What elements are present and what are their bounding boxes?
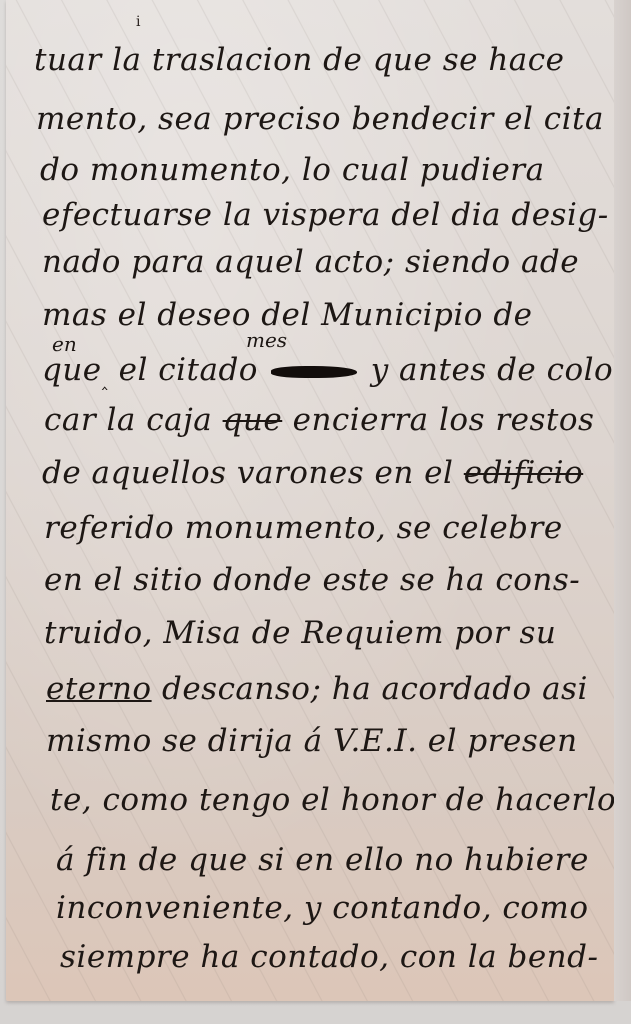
underlying-page-edge bbox=[614, 0, 631, 1001]
text-line-1: tuar la traslacion de que se hace bbox=[34, 45, 564, 76]
text-line-6: mas el deseo del Municipio de bbox=[42, 300, 533, 331]
text-line-8: car la caja que encierra los restos bbox=[44, 405, 594, 436]
line8-start: car la caja bbox=[44, 402, 212, 438]
line9-start: de aquellos varones en el bbox=[42, 455, 453, 491]
line8-end: encierra los restos bbox=[293, 402, 595, 438]
text-line-3: do monumento, lo cual pudiera bbox=[40, 155, 545, 186]
line7-before: que bbox=[42, 352, 102, 388]
text-line-4: efectuarse la vispera del dia desig- bbox=[42, 200, 609, 231]
line7-middle: el citado bbox=[119, 352, 258, 388]
manuscript-page: i tuar la traslacion de que se hace ment… bbox=[6, 0, 614, 1001]
text-line-17: inconveniente, y contando, como bbox=[56, 893, 589, 924]
text-line-2: mento, sea preciso bendecir el cita bbox=[36, 104, 604, 135]
text-line-9: de aquellos varones en el edificio bbox=[42, 458, 583, 489]
caret-mark: ‸ bbox=[102, 370, 109, 391]
text-line-14: mismo se dirija á V.E.I. el presen bbox=[46, 726, 578, 757]
photo-scene: i tuar la traslacion de que se hace ment… bbox=[0, 0, 631, 1024]
top-ink-mark: i bbox=[136, 14, 140, 30]
text-line-10: referido monumento, se celebre bbox=[44, 513, 563, 544]
text-line-12: truido, Misa de Requiem por su bbox=[44, 618, 556, 649]
text-line-7: que‸ el citado y antes de colo- bbox=[42, 355, 624, 390]
text-line-16: á fin de que si en ello no hubiere bbox=[56, 845, 589, 876]
underlined-word-eterno: eterno bbox=[46, 671, 152, 707]
line7-after: y antes de colo- bbox=[371, 352, 625, 388]
text-line-18: siempre ha contado, con la bend- bbox=[60, 942, 598, 973]
text-line-11: en el sitio donde este se ha cons- bbox=[44, 565, 580, 596]
inserted-word-above-blot: mes bbox=[246, 328, 287, 352]
line13-rest: descanso; ha acordado asi bbox=[162, 671, 588, 707]
ink-blot-crossout bbox=[271, 366, 357, 378]
text-line-13: eterno descanso; ha acordado asi bbox=[46, 674, 588, 705]
struck-word-edificio: edificio bbox=[464, 455, 583, 491]
struck-word: que bbox=[223, 402, 283, 438]
text-line-15: te, como tengo el honor de hacerlo, bbox=[50, 785, 627, 816]
text-line-5: nado para aquel acto; siendo ade bbox=[42, 247, 579, 278]
